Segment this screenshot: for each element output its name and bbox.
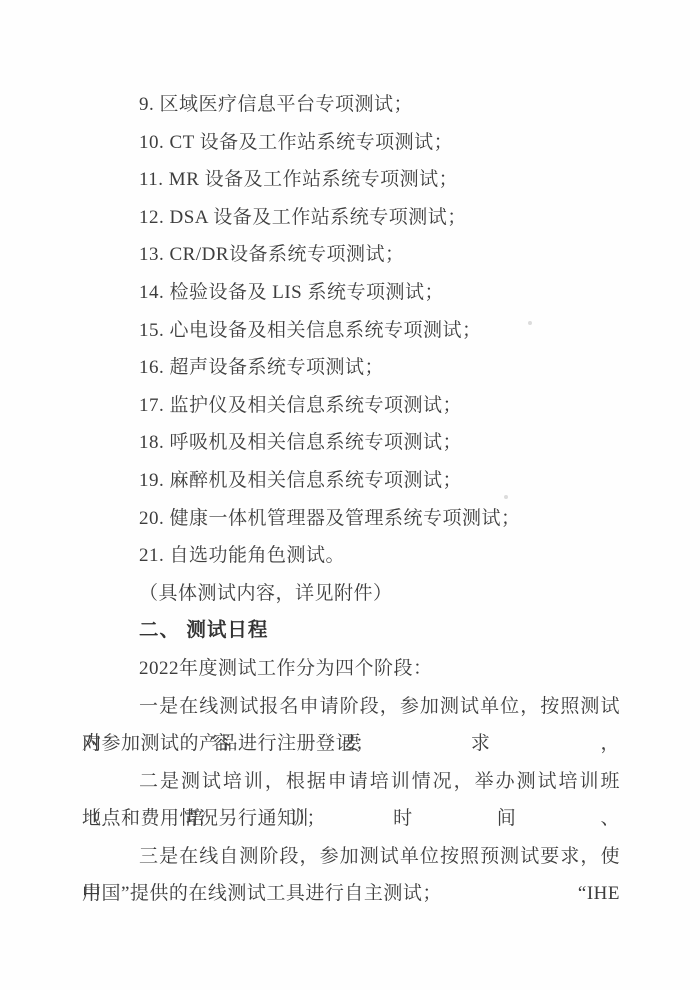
document-body: 9. 区域医疗信息平台专项测试； 10. CT 设备及工作站系统专项测试； 11… [82,86,620,913]
test-item: 10. CT 设备及工作站系统专项测试； [82,124,620,162]
schedule-stage1-line1: 一是在线测试报名申请阶段，参加测试单位，按照测试内容要求， [82,688,620,726]
schedule-intro-line: 2022年度测试工作分为四个阶段： [82,650,620,688]
schedule-stage2-line1: 二是测试培训，根据申请培训情况，举办测试培训班（培训时间、 [82,763,620,801]
section-heading: 二、 测试日程 [82,612,620,650]
test-item: 18. 呼吸机及相关信息系统专项测试； [82,424,620,462]
test-item: 21. 自选功能角色测试。 [82,537,620,575]
test-item: 17. 监护仪及相关信息系统专项测试； [82,387,620,425]
test-item: 13. CR/DR设备系统专项测试； [82,236,620,274]
scanned-document-page: 9. 区域医疗信息平台专项测试； 10. CT 设备及工作站系统专项测试； 11… [0,0,700,990]
test-item: 12. DSA 设备及工作站系统专项测试； [82,199,620,237]
schedule-stage3-line1: 三是在线自测阶段，参加测试单位按照预测试要求，使用“IHE [82,838,620,876]
test-item: 19. 麻醉机及相关信息系统专项测试； [82,462,620,500]
test-item: 16. 超声设备系统专项测试； [82,349,620,387]
test-item: 11. MR 设备及工作站系统专项测试； [82,161,620,199]
test-item: 9. 区域医疗信息平台专项测试； [82,86,620,124]
scan-artifact-speck [504,495,508,499]
scan-artifact-speck [528,321,532,325]
test-item: 20. 健康一体机管理器及管理系统专项测试； [82,500,620,538]
test-item: 15. 心电设备及相关信息系统专项测试； [82,312,620,350]
attachment-note: （具体测试内容，详见附件） [82,575,620,613]
test-item: 14. 检验设备及 LIS 系统专项测试； [82,274,620,312]
